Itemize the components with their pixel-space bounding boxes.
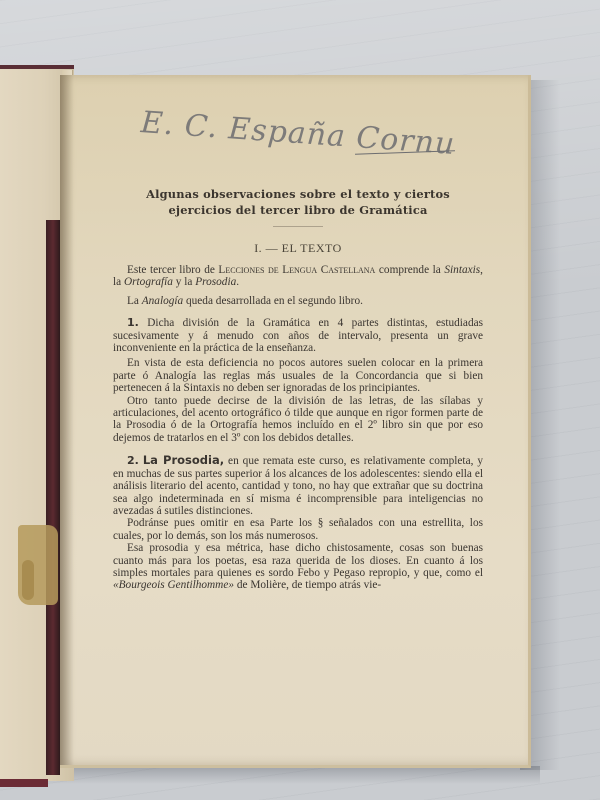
spacer <box>113 307 483 317</box>
point-number: 2. <box>127 454 139 467</box>
heading-line-2: ejercicios del tercer libro de Gramática <box>113 202 483 218</box>
point-1-paragraph-3: Otro tanto puede decirse de la división … <box>113 395 483 445</box>
point-number: 1. <box>127 316 139 329</box>
text-run: Dicha división de la Gramática en 4 part… <box>113 317 483 354</box>
point-2-paragraph-1: 2. La Prosodia, en que remata este curso… <box>113 454 483 517</box>
point-lead: La Prosodia, <box>143 453 224 467</box>
intro-paragraph-2: La Analogía queda desarrollada en el seg… <box>113 295 483 307</box>
term-ortografia: Ortografía <box>124 276 173 288</box>
text-run: La <box>127 295 142 307</box>
repair-tape-strip <box>22 560 34 600</box>
point-1-paragraph-2: En vista de esta deficiencia no pocos au… <box>113 357 483 394</box>
text-run: comprende la <box>375 264 444 276</box>
text-run: Esa prosodia y esa métrica, hase dicho c… <box>113 542 483 579</box>
page-text: Algunas observaciones sobre el texto y c… <box>113 186 483 592</box>
term-analogia: Analogía <box>142 295 183 307</box>
text-run: queda desarrollada en el segundo libro. <box>183 295 363 307</box>
section-title: I. — EL TEXTO <box>113 241 483 256</box>
page-shadow-bottom <box>20 766 540 784</box>
text-run: Este tercer libro de <box>127 264 218 276</box>
book-spine <box>46 220 60 775</box>
text-run: y la <box>173 276 195 288</box>
quoted-title: «Bourgeois Gentilhomme» <box>113 579 234 591</box>
point-1-paragraph-1: 1. Dicha división de la Gramática en 4 p… <box>113 317 483 354</box>
point-2-paragraph-3: Esa prosodia y esa métrica, hase dicho c… <box>113 542 483 592</box>
text-run: de Molière, de tiempo atrás vie- <box>234 579 381 591</box>
term-sintaxis: Sintaxis <box>444 264 480 276</box>
heading-rule <box>273 226 323 227</box>
heading-line-1: Algunas observaciones sobre el texto y c… <box>113 186 483 202</box>
book-series-title: Lecciones de Lengua Castellana <box>218 264 375 276</box>
page-heading: Algunas observaciones sobre el texto y c… <box>113 186 483 218</box>
point-2-paragraph-2: Podránse pues omitir en esa Parte los § … <box>113 517 483 542</box>
term-prosodia: Prosodia <box>195 276 236 288</box>
text-run: . <box>236 276 239 288</box>
intro-paragraph-1: Este tercer libro de Lecciones de Lengua… <box>113 264 483 289</box>
